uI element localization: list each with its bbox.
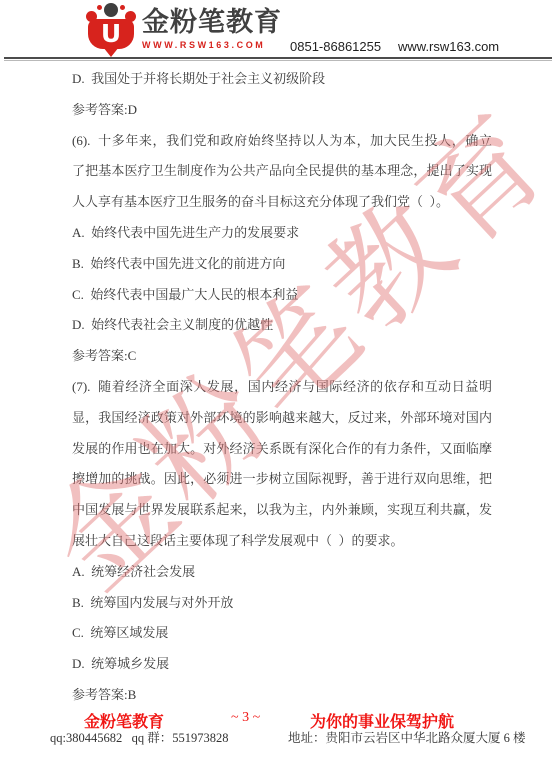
- header-phone: 0851-86861255: [290, 39, 381, 54]
- body-line: 参考答案:D: [72, 95, 492, 126]
- logo-cup-shape: U: [88, 19, 134, 49]
- footer-address: 地址：贵阳市云岩区中华北路众厦大厦 6 楼: [288, 728, 526, 746]
- header-website: www.rsw163.com: [398, 39, 499, 54]
- body-line: B. 统筹国内发展与对外开放: [72, 588, 492, 619]
- brand-logo-text: 金粉笔教育 WWW.RSW163.COM: [142, 8, 282, 50]
- body-line: A. 始终代表中国先进生产力的发展要求: [72, 218, 492, 249]
- body-line: 参考答案:B: [72, 680, 492, 711]
- body-line: 展壮大自己这段话主要体现了科学发展观中（ ）的要求。: [72, 526, 492, 557]
- body-line: D. 统筹城乡发展: [72, 649, 492, 680]
- body-line: 擦增加的挑战。因此，必须进一步树立国际视野，善于进行双向思维，把: [72, 464, 492, 495]
- body-line: 显，我国经济政策对外部环境的影响越来越大，反过来，外部环境对国内: [72, 403, 492, 434]
- body-line: D. 我国处于并将长期处于社会主义初级阶段: [72, 64, 492, 95]
- body-line: 了把基本医疗卫生制度作为公共产品向全民提供的基本理念，提出了实现: [72, 156, 492, 187]
- body-line: C. 统筹区域发展: [72, 618, 492, 649]
- body-line: 中国发展与世界发展联系起来，以我为主，内外兼顾，实现互利共赢，发: [72, 495, 492, 526]
- body-line: D. 始终代表社会主义制度的优越性: [72, 310, 492, 341]
- brand-name: 金粉笔教育: [142, 8, 282, 38]
- page-header: U 金粉笔教育 WWW.RSW163.COM 0851-86861255 www…: [0, 0, 556, 57]
- body-line: 人人享有基本医疗卫生服务的奋斗目标这充分体现了我们党（ ）。: [72, 187, 492, 218]
- document-body: D. 我国处于并将长期处于社会主义初级阶段参考答案:D(6). 十多年来，我们党…: [72, 64, 492, 711]
- body-line: B. 始终代表中国先进文化的前进方向: [72, 249, 492, 280]
- footer-qq-contacts: qq:380445682 qq 群：551973828: [50, 728, 228, 746]
- document-page: U 金粉笔教育 WWW.RSW163.COM 0851-86861255 www…: [0, 0, 556, 758]
- brand-logo-icon: U: [85, 3, 137, 57]
- brand-site-url: WWW.RSW163.COM: [142, 40, 282, 50]
- body-line: (6). 十多年来，我们党和政府始终坚持以人为本，加大民生投人，确立: [72, 126, 492, 157]
- body-line: 发展的作用也在加大。对外经济关系既有深化合作的有力条件，又面临摩: [72, 434, 492, 465]
- person-head-icon: [104, 3, 118, 17]
- body-line: C. 始终代表中国最广大人民的根本利益: [72, 280, 492, 311]
- logo-letter: U: [101, 21, 121, 46]
- page-footer: 金粉笔教育 ~ 3 ~ 为你的事业保驾护航 qq:380445682 qq 群：…: [0, 709, 556, 755]
- decorative-dot-icon: [97, 5, 102, 10]
- body-line: 参考答案:C: [72, 341, 492, 372]
- logo-pen-nib-shape: [103, 47, 119, 57]
- decorative-dot-icon: [120, 5, 125, 10]
- footer-page-number: ~ 3 ~: [231, 710, 260, 726]
- body-line: (7). 随着经济全面深人发展，国内经济与国际经济的依存和互动日益明: [72, 372, 492, 403]
- body-line: A. 统筹经济社会发展: [72, 557, 492, 588]
- header-divider: [4, 57, 552, 61]
